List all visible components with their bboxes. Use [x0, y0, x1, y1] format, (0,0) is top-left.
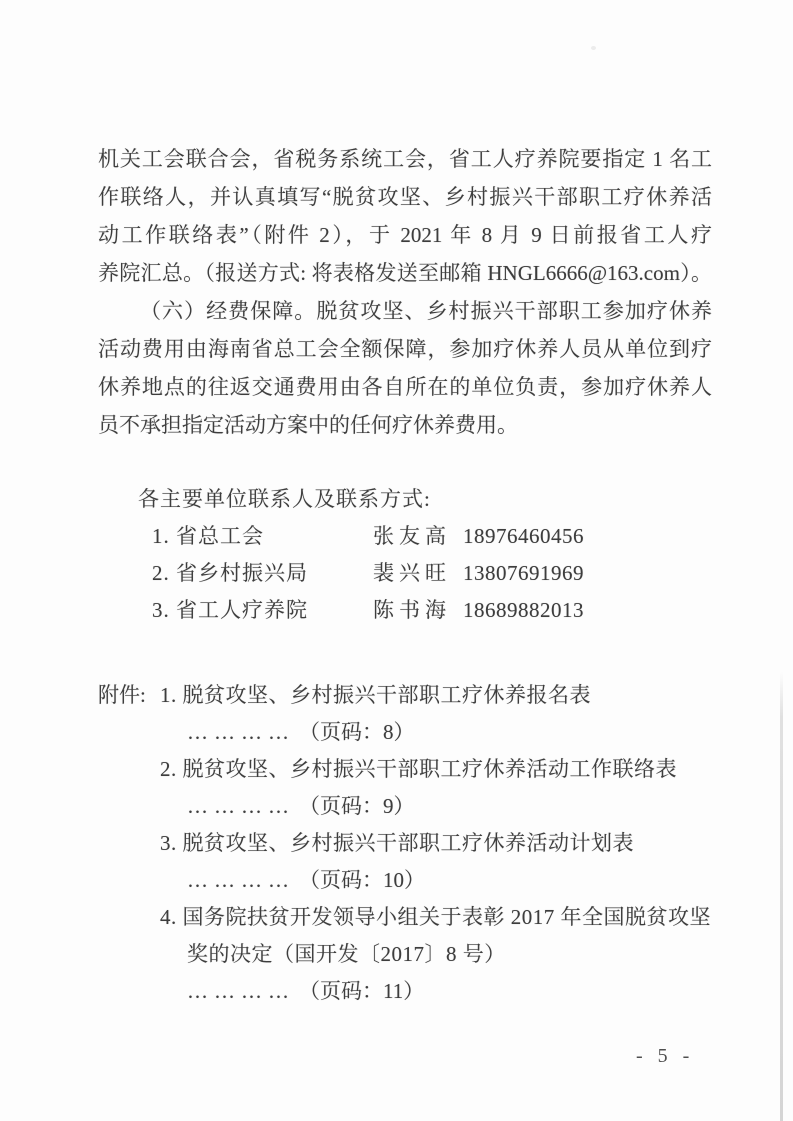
- text-line: 动工作联络表”（附件 2），于 2021 年 8 月 9 日前报省工人疗: [98, 216, 712, 254]
- leader-dots: …………: [187, 868, 295, 892]
- contact-phone: 13807691969: [463, 555, 712, 592]
- attachment-section: 附件: 1. 脱贫攻坚、乡村振兴干部职工疗休养报名表 …………（页码：8） 2.…: [98, 677, 712, 1010]
- attachment-page-ref: …………（页码：9）: [160, 788, 712, 825]
- attachment-item-title: 4. 国务院扶贫开发领导小组关于表彰 2017 年全国脱贫攻坚: [160, 899, 712, 936]
- page-ref-text: （页码：10）: [299, 868, 425, 892]
- contact-name: 裴兴旺: [373, 555, 463, 592]
- text-line: 活动费用由海南省总工会全额保障，参加疗休养人员从单位到疗: [98, 330, 712, 368]
- text-line: 养院汇总。（报送方式: 将表格发送至邮箱 HNGL6666@163.com）。: [98, 254, 712, 292]
- scan-edge-artifact: [780, 672, 783, 1121]
- contact-name: 陈书海: [373, 592, 463, 629]
- contact-row: 1. 省总工会 张友高 18976460456: [98, 518, 712, 555]
- attachment-item-title: 2. 脱贫攻坚、乡村振兴干部职工疗休养活动工作联络表: [160, 751, 712, 788]
- text-line: 休养地点的往返交通费用由各自所在的单位负责，参加疗休养人: [98, 368, 712, 406]
- document-content: 机关工会联合会，省税务系统工会，省工人疗养院要指定 1 名工 作联络人，并认真填…: [98, 0, 712, 1010]
- text-line: 员不承担指定活动方案中的任何疗休养费用。: [98, 406, 712, 444]
- attachment-list: 1. 脱贫攻坚、乡村振兴干部职工疗休养报名表 …………（页码：8） 2. 脱贫攻…: [160, 677, 712, 1010]
- contact-org: 3. 省工人疗养院: [152, 592, 373, 629]
- page-ref-text: （页码：8）: [299, 720, 415, 744]
- contact-org: 1. 省总工会: [152, 518, 373, 555]
- contact-phone: 18689882013: [463, 592, 712, 629]
- attachment-page-ref: …………（页码：10）: [160, 862, 712, 899]
- contact-row: 3. 省工人疗养院 陈书海 18689882013: [98, 592, 712, 629]
- contact-phone: 18976460456: [463, 518, 712, 555]
- contact-name: 张友高: [373, 518, 463, 555]
- page-number: - 5 -: [636, 1045, 694, 1068]
- leader-dots: …………: [187, 720, 295, 744]
- text-line: 机关工会联合会，省税务系统工会，省工人疗养院要指定 1 名工: [98, 140, 712, 178]
- contact-org: 2. 省乡村振兴局: [152, 555, 373, 592]
- attachment-page-ref: …………（页码：8）: [160, 714, 712, 751]
- attachment-page-ref: …………（页码：11）: [160, 973, 712, 1010]
- leader-dots: …………: [187, 979, 295, 1003]
- attachment-label: 附件:: [98, 677, 160, 1010]
- body-paragraph-1: 机关工会联合会，省税务系统工会，省工人疗养院要指定 1 名工 作联络人，并认真填…: [98, 140, 712, 292]
- text-line: 作联络人，并认真填写“脱贫攻坚、乡村振兴干部职工疗休养活: [98, 178, 712, 216]
- body-paragraph-2: （六）经费保障。脱贫攻坚、乡村振兴干部职工参加疗休养 活动费用由海南省总工会全额…: [98, 292, 712, 444]
- attachment-item-title-cont: 奖的决定（国开发〔2017〕8 号）: [160, 936, 712, 973]
- attachment-item-title: 1. 脱贫攻坚、乡村振兴干部职工疗休养报名表: [160, 677, 712, 714]
- contact-section-heading: 各主要单位联系人及联系方式:: [98, 480, 712, 518]
- contact-row: 2. 省乡村振兴局 裴兴旺 13807691969: [98, 555, 712, 592]
- scan-speck-artifact: [591, 46, 596, 50]
- attachment-item-title: 3. 脱贫攻坚、乡村振兴干部职工疗休养活动计划表: [160, 825, 712, 862]
- page-ref-text: （页码：9）: [299, 794, 415, 818]
- text-line: （六）经费保障。脱贫攻坚、乡村振兴干部职工参加疗休养: [98, 292, 712, 330]
- leader-dots: …………: [187, 794, 295, 818]
- scanned-document-page: 机关工会联合会，省税务系统工会，省工人疗养院要指定 1 名工 作联络人，并认真填…: [0, 0, 793, 1121]
- contact-section: 各主要单位联系人及联系方式: 1. 省总工会 张友高 18976460456 2…: [98, 480, 712, 629]
- page-ref-text: （页码：11）: [299, 979, 424, 1003]
